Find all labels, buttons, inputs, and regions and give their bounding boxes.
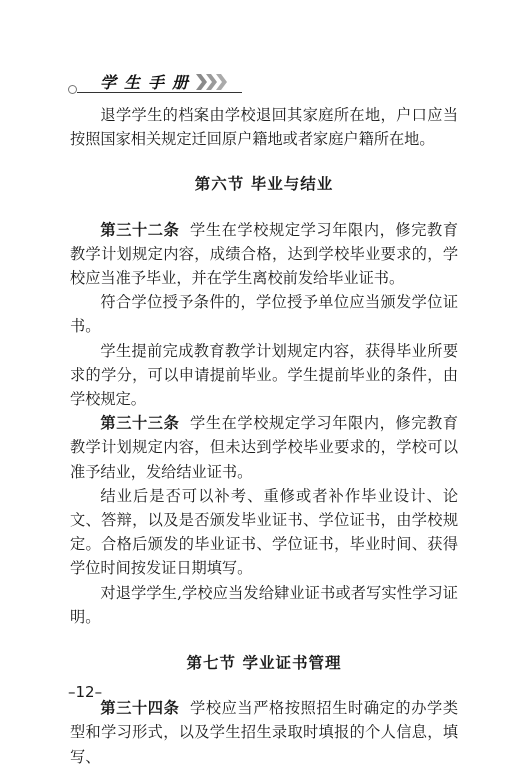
section-title-6: 第六节 毕业与结业: [70, 172, 458, 196]
chevron-right-triple-icon: [196, 72, 228, 92]
article-34: 第三十四条学校应当严格按照招生时确定的办学类型和学习形式，以及学生招生录取时填报…: [70, 696, 458, 768]
paragraph: 学生提前完成教育教学计划规定内容，获得毕业所要求的学分，可以申请提前毕业。学生提…: [70, 339, 458, 412]
article-label: 第三十二条: [100, 221, 179, 239]
section-title-7: 第七节 学业证书管理: [70, 651, 458, 675]
article-label: 第三十三条: [100, 414, 179, 432]
header-title: 学生手册: [100, 70, 196, 93]
intro-paragraph: 退学学生的档案由学校退回其家庭所在地，户口应当按照国家相关规定迁回原户籍地或者家…: [70, 103, 458, 151]
document-page: 学生手册 退学学生的档案由学校退回其家庭所在地，户口应当按照国家相关规定迁回原户…: [0, 0, 525, 768]
body-content: 退学学生的档案由学校退回其家庭所在地，户口应当按照国家相关规定迁回原户籍地或者家…: [70, 103, 458, 768]
paragraph: 符合学位授予条件的，学位授予单位应当颁发学位证书。: [70, 290, 458, 338]
running-header: 学生手册: [68, 70, 248, 94]
circle-ornament-icon: [68, 85, 77, 94]
article-32: 第三十二条学生在学校规定学习年限内，修完教育教学计划规定内容，成绩合格，达到学校…: [70, 218, 458, 291]
article-label: 第三十四条: [100, 699, 179, 717]
page-number: –12–: [68, 683, 102, 701]
paragraph: 结业后是否可以补考、重修或者补作毕业设计、论文、答辩，以及是否颁发毕业证书、学位…: [70, 484, 458, 581]
article-33: 第三十三条学生在学校规定学习年限内，修完教育教学计划规定内容，但未达到学校毕业要…: [70, 411, 458, 484]
paragraph: 对退学学生,学校应当发给肄业证书或者写实性学习证明。: [70, 581, 458, 629]
